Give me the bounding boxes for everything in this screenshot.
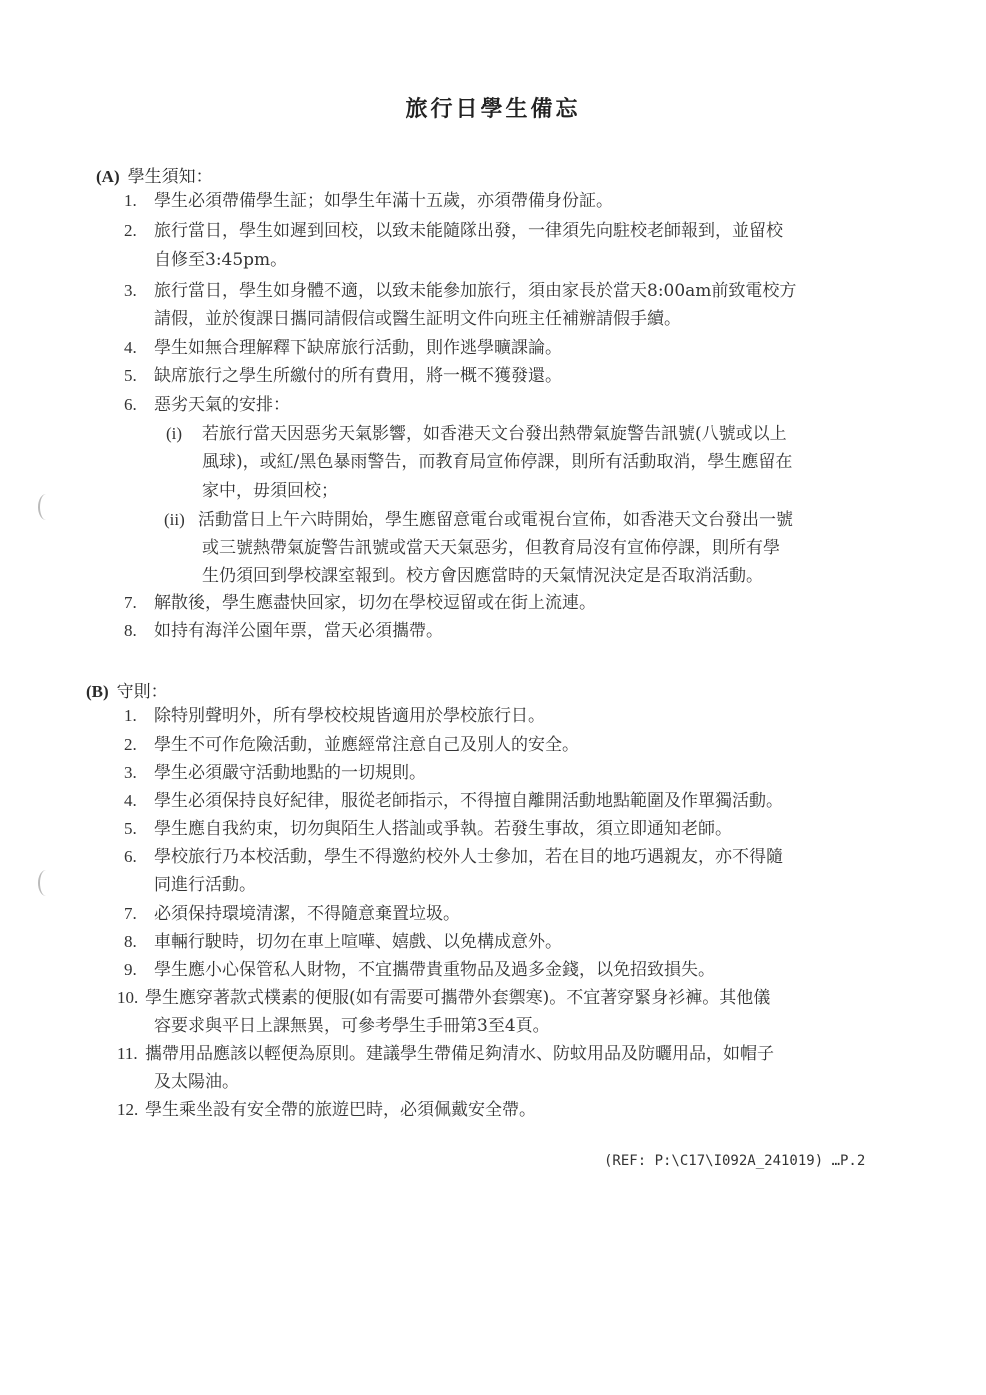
list-item-number: 1.: [124, 706, 137, 726]
list-item: 除特別聲明外，所有學校校規皆適用於學校旅行日。: [154, 706, 545, 726]
list-item: 旅行當日，學生如身體不適，以致未能參加旅行，須由家長於當天8:00am前致電校方: [154, 281, 796, 301]
list-item: 學生如無合理解釋下缺席旅行活動，則作逃學曠課論。: [154, 338, 562, 358]
reference-footer: (REF: P:\C17\I092A_241019) …P.2: [604, 1153, 865, 1169]
section-a-title: 學生須知：: [128, 167, 213, 187]
section-a-heading: (A)學生須知：: [96, 162, 213, 187]
list-item: 學生應小心保管私人財物，不宜攜帶貴重物品及過多金錢，以免招致損失。: [154, 960, 715, 980]
list-item: 惡劣天氣的安排：: [154, 395, 290, 415]
list-item-number: 10.: [117, 988, 138, 1008]
sub-item-number: (ii): [164, 510, 185, 530]
sub-item-continuation: 生仍須回到學校課室報到。校方會因應當時的天氣情況決定是否取消活動。: [202, 566, 763, 586]
list-item-number: 6.: [124, 395, 137, 415]
list-item-number: 7.: [124, 904, 137, 924]
list-item-number: 2.: [124, 221, 137, 241]
list-item: 必須保持環境清潔，不得隨意棄置垃圾。: [154, 904, 460, 924]
list-item-number: 2.: [124, 735, 137, 755]
sub-item: 活動當日上午六時開始，學生應留意電台或電視台宣佈，如香港天文台發出一號: [198, 510, 793, 530]
list-item-number: 11.: [117, 1044, 138, 1064]
list-item: 旅行當日，學生如遲到回校，以致未能隨隊出發，一律須先向駐校老師報到，並留校: [154, 221, 783, 241]
list-item: 學校旅行乃本校活動，學生不得邀約校外人士參加，若在目的地巧遇親友，亦不得隨: [154, 847, 783, 867]
list-item-continuation: 及太陽油。: [154, 1072, 239, 1092]
list-item-number: 7.: [124, 593, 137, 613]
list-item-number: 5.: [124, 366, 137, 386]
list-item: 學生必須嚴守活動地點的一切規則。: [154, 763, 426, 783]
list-item-number: 8.: [124, 932, 137, 952]
section-a-tag: (A): [96, 167, 120, 186]
list-item-number: 12.: [117, 1100, 138, 1120]
sub-item-number: (i): [166, 424, 182, 444]
list-item-number: 3.: [124, 281, 137, 301]
punch-hole-mark: [38, 494, 54, 520]
section-b-heading: (B)守則：: [86, 677, 168, 702]
list-item-number: 6.: [124, 847, 137, 867]
sub-item-continuation: 風球)，或紅/黑色暴雨警告，而教育局宣佈停課，則所有活動取消，學生應留在: [202, 452, 792, 472]
document-title: 旅行日學生備忘: [0, 92, 986, 123]
list-item: 學生必須保持良好紀律，服從老師指示，不得擅自離開活動地點範圍及作單獨活動。: [154, 791, 783, 811]
list-item: 攜帶用品應該以輕便為原則。建議學生帶備足夠清水、防蚊用品及防曬用品，如帽子: [145, 1044, 774, 1064]
section-b-tag: (B): [86, 682, 109, 701]
list-item: 如持有海洋公園年票，當天必須攜帶。: [154, 621, 443, 641]
sub-item-continuation: 家中，毋須回校；: [202, 481, 338, 501]
list-item: 學生不可作危險活動，並應經常注意自己及別人的安全。: [154, 735, 579, 755]
list-item-continuation: 同進行活動。: [154, 875, 256, 895]
list-item-continuation: 容要求與平日上課無異，可參考學生手冊第3至4頁。: [154, 1016, 550, 1036]
list-item-number: 9.: [124, 960, 137, 980]
list-item-number: 3.: [124, 763, 137, 783]
list-item: 車輛行駛時，切勿在車上喧嘩、嬉戲、以免構成意外。: [154, 932, 562, 952]
section-b-title: 守則：: [117, 682, 168, 702]
list-item-number: 8.: [124, 621, 137, 641]
list-item: 缺席旅行之學生所繳付的所有費用，將一概不獲發還。: [154, 366, 562, 386]
list-item-number: 5.: [124, 819, 137, 839]
punch-hole-mark: [38, 870, 54, 896]
list-item: 學生必須帶備學生証；如學生年滿十五歲，亦須帶備身份証。: [154, 191, 613, 211]
list-item-number: 1.: [124, 191, 137, 211]
list-item: 解散後，學生應盡快回家，切勿在學校逗留或在街上流連。: [154, 593, 596, 613]
list-item-number: 4.: [124, 338, 137, 358]
list-item-continuation: 請假，並於復課日攜同請假信或醫生証明文件向班主任補辦請假手續。: [154, 309, 681, 329]
list-item: 學生乘坐設有安全帶的旅遊巴時，必須佩戴安全帶。: [145, 1100, 536, 1120]
list-item-continuation: 自修至3:45pm。: [154, 250, 287, 270]
list-item: 學生應穿著款式樸素的便服(如有需要可攜帶外套禦寒)。不宜著穿緊身衫褲。其他儀: [145, 988, 770, 1008]
list-item: 學生應自我約束，切勿與陌生人搭訕或爭執。若發生事故，須立即通知老師。: [154, 819, 732, 839]
list-item-number: 4.: [124, 791, 137, 811]
sub-item-continuation: 或三號熱帶氣旋警告訊號或當天天氣惡劣，但教育局沒有宣佈停課，則所有學: [202, 538, 780, 558]
sub-item: 若旅行當天因惡劣天氣影響，如香港天文台發出熱帶氣旋警告訊號(八號或以上: [202, 424, 787, 444]
